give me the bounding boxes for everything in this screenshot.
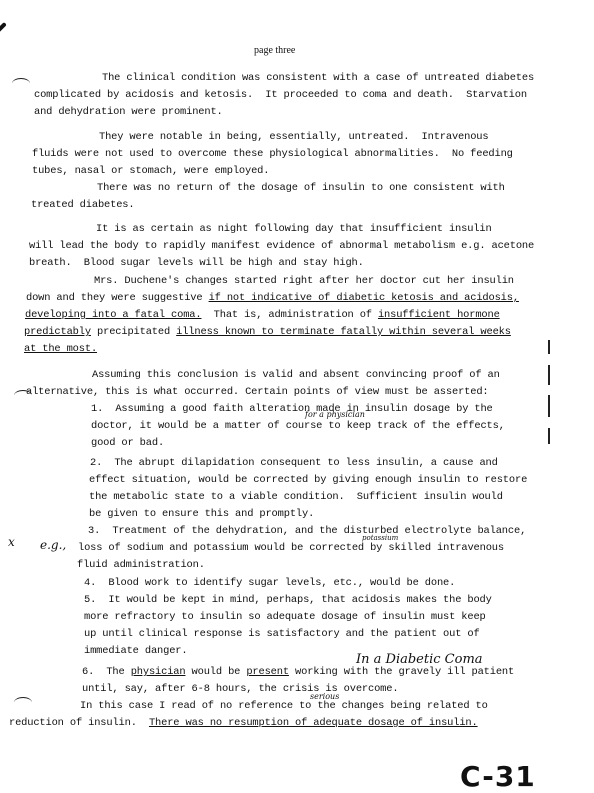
text-line: doctor, it would be a matter of course t… xyxy=(91,420,505,432)
page-header: page three xyxy=(254,45,295,56)
handwritten-serious: serious xyxy=(310,692,339,701)
text-line: They were notable in being, essentially,… xyxy=(99,131,488,143)
text-line: loss of sodium and potassium would be co… xyxy=(78,542,504,554)
text-line: effect situation, would be corrected by … xyxy=(89,474,527,486)
text-line: breath. Blood sugar levels will be high … xyxy=(29,257,364,269)
text-line: the metabolic state to a viable conditio… xyxy=(89,491,503,503)
text-line-final: reduction of insulin. There was no resum… xyxy=(9,717,478,729)
margin-mark xyxy=(548,365,550,385)
text-line: fluid administration. xyxy=(77,559,205,571)
text-line: good or bad. xyxy=(91,437,164,449)
text-line: be given to ensure this and promptly. xyxy=(89,508,314,520)
handwritten-arc-mark xyxy=(14,390,32,401)
text-line-coma: developing into a fatal coma. That is, a… xyxy=(25,309,500,321)
text-line-ketosis: down and they were suggestive if not ind… xyxy=(26,292,519,304)
handwritten-x-mark: x xyxy=(8,535,15,549)
text-line-predictably: predictably precipitated illness known t… xyxy=(24,326,511,338)
text-line: until, say, after 6-8 hours, the crisis … xyxy=(82,683,398,695)
text-line: It is as certain as night following day … xyxy=(96,223,492,235)
margin-mark xyxy=(548,395,550,417)
handwritten-eg: e.g., xyxy=(40,538,66,552)
text-line: fluids were not used to overcome these p… xyxy=(32,148,513,160)
text-line: will lead the body to rapidly manifest e… xyxy=(29,240,534,252)
text-line: Mrs. Duchene's changes started right aft… xyxy=(94,275,514,287)
handwritten-for-a-physician: for a physician xyxy=(305,410,365,419)
page-id-stamp: C-31 xyxy=(460,760,536,793)
document-page: page three The clinical condition was co… xyxy=(0,0,594,793)
text-line: 2. The abrupt dilapidation consequent to… xyxy=(90,457,498,469)
text-line: treated diabetes. xyxy=(31,199,134,211)
text-line: more refractory to insulin so adequate d… xyxy=(84,611,486,623)
text-line: 4. Blood work to identify sugar levels, … xyxy=(84,577,455,589)
handwritten-slash-mark xyxy=(0,22,7,67)
text-line-item-6: 6. The physician would be present workin… xyxy=(82,666,514,678)
text-line: complicated by acidosis and ketosis. It … xyxy=(34,89,527,101)
text-line: up until clinical response is satisfacto… xyxy=(84,628,480,640)
margin-mark xyxy=(548,340,550,354)
text-line: Assuming this conclusion is valid and ab… xyxy=(92,369,500,381)
text-line: 3. Treatment of the dehydration, and the… xyxy=(88,525,526,537)
text-line: alternative, this is what occurred. Cert… xyxy=(26,386,489,398)
text-line: There was no return of the dosage of ins… xyxy=(97,182,505,194)
handwritten-arc-mark xyxy=(14,697,32,708)
text-line: In this case I read of no reference to t… xyxy=(80,700,488,712)
text-line: The clinical condition was consistent wi… xyxy=(102,72,534,84)
handwritten-arc-mark xyxy=(12,78,30,89)
text-line-at-the-most: at the most. xyxy=(24,343,97,355)
margin-mark xyxy=(548,428,550,444)
handwritten-in-a-diabetic-coma: In a Diabetic Coma xyxy=(356,652,483,667)
handwritten-potassium: potassium xyxy=(362,534,398,542)
text-line: tubes, nasal or stomach, were employed. xyxy=(32,165,269,177)
text-line: immediate danger. xyxy=(84,645,187,657)
text-line: 5. It would be kept in mind, perhaps, th… xyxy=(84,594,492,606)
text-line: 1. Assuming a good faith alteration made… xyxy=(91,403,493,415)
text-line: and dehydration were prominent. xyxy=(34,106,223,118)
